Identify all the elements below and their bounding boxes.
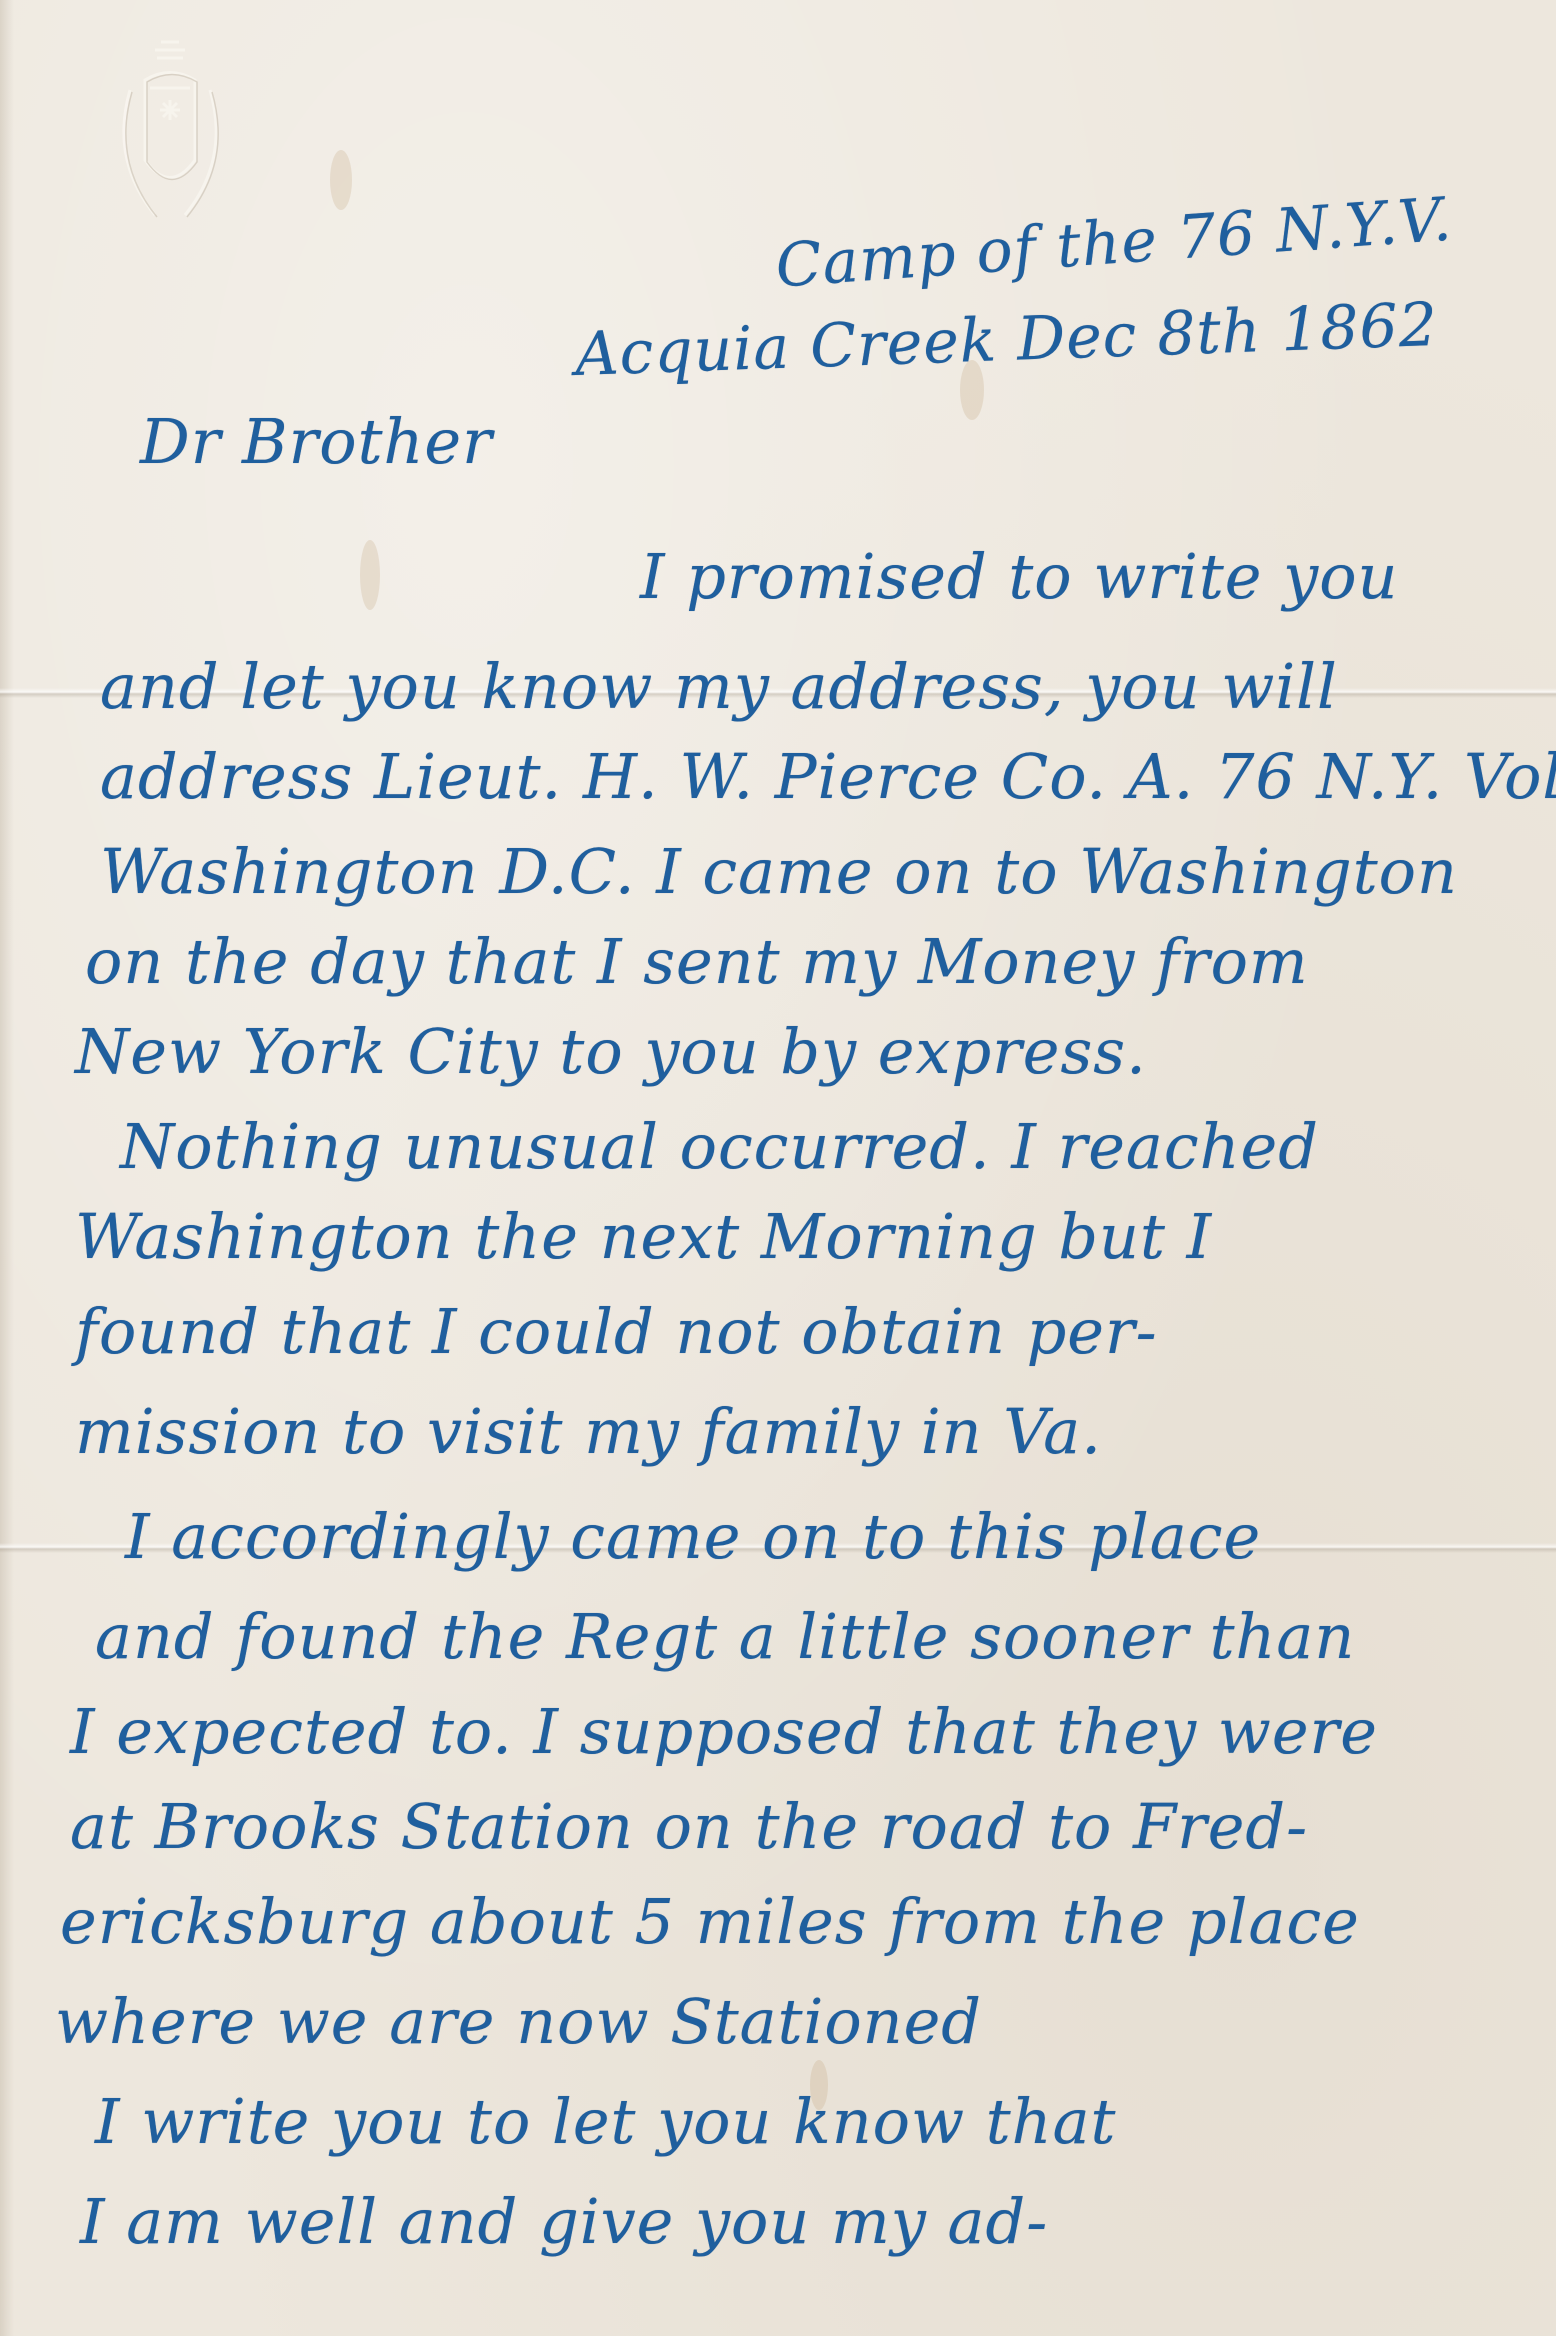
embossed-crest-icon [95,10,245,230]
paper-stain [360,540,380,610]
paper-edge [0,0,14,2336]
letter-line: I write you to let you know that [95,2085,1116,2158]
letter-line: where we are now Stationed [55,1985,982,2058]
letter-line: on the day that I sent my Money from [85,925,1309,998]
letter-line: Nothing unusual occurred. I reached [120,1110,1319,1183]
letter-line: ericksburg about 5 miles from the place [60,1885,1360,1958]
letter-line: mission to visit my family in Va. [75,1395,1102,1468]
letter-line: Washington D.C. I came on to Washington [100,835,1458,908]
letter-page: Camp of the 76 N.Y.V. Acquia Creek Dec 8… [0,0,1556,2336]
letter-line: I promised to write you [640,540,1398,613]
letter-line: address Lieut. H. W. Pierce Co. A. 76 N.… [100,740,1556,813]
header-line-2: Acquia Creek Dec 8th 1862 [574,290,1439,390]
letter-line: I expected to. I supposed that they were [70,1695,1378,1768]
letter-line: I accordingly came on to this place [125,1500,1261,1573]
header-line-1: Camp of the 76 N.Y.V. [773,184,1454,301]
paper-stain [330,150,352,210]
letter-line: found that I could not obtain per- [75,1295,1158,1368]
letter-line: and found the Regt a little sooner than [95,1600,1355,1673]
letter-line: and let you know my address, you will [100,650,1338,723]
letter-line: Washington the next Morning but I [75,1200,1212,1273]
letter-line: I am well and give you my ad- [80,2185,1048,2258]
salutation: Dr Brother [140,405,493,478]
letter-line: at Brooks Station on the road to Fred- [70,1790,1308,1863]
letter-line: New York City to you by express. [75,1015,1147,1088]
